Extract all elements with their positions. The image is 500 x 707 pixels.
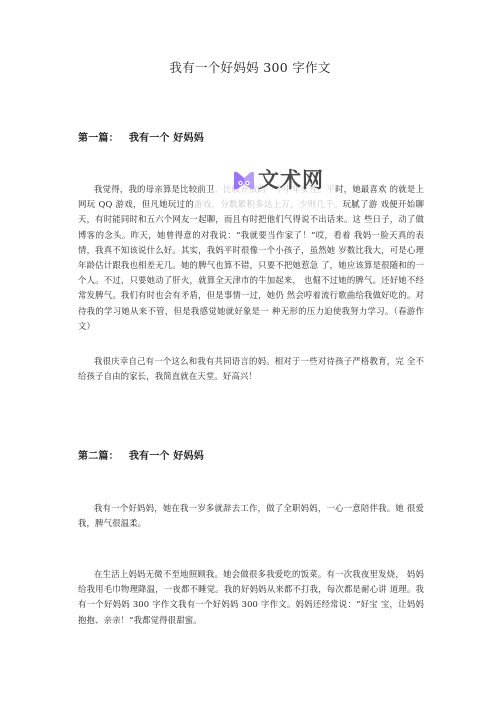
text-segment: 我很庆幸自己有一个这么和我有共同语言的妈。相对于一些对待孩子严格教育，完 全不给… <box>78 356 424 381</box>
text-segment: 在生活上妈妈无微不至地照顾我。她会做很多我爱吃的饭菜。有一次我夜里发烧， 妈妈给… <box>78 569 424 625</box>
section-2-title: 我有一个 好妈妈 <box>129 451 204 462</box>
section-2-paragraph-2: 在生活上妈妈无微不至地照顾我。她会做很多我爱吃的饭菜。有一次我夜里发烧， 妈妈给… <box>78 567 424 628</box>
faded-text-segment: 游戏，分数累积多达上万，少则几千。 <box>194 199 342 209</box>
document-title: 我有一个好妈妈 300 字作文 <box>0 58 500 76</box>
text-segment: 我有一个好妈妈，她在我一岁多就辞去工作，做了全职妈妈，一心一意陪伴我。她 很爱我… <box>78 503 424 528</box>
section-1-heading: 第一篇：我有一个 好妈妈 <box>78 129 204 144</box>
text-segment: 我觉得，我的母亲算是比较前卫 <box>94 184 215 194</box>
section-1-paragraph-1: 我觉得，我的母亲算是比较前卫、比较开放的一个中年女性。平时，她最喜欢 的就是上网… <box>78 182 424 334</box>
watermark: 文术网 <box>232 170 324 190</box>
section-1-paragraph-2: 我很庆幸自己有一个这么和我有共同语言的妈。相对于一些对待孩子严格教育，完 全不给… <box>78 354 424 384</box>
section-2-number: 第二篇： <box>78 451 119 462</box>
section-1-title: 我有一个 好妈妈 <box>129 133 204 144</box>
text-segment: 玩腻了游 戏便开始聊天，有时能同时和五六个网友一起聊，而且有时把他们气得说不出话… <box>78 199 424 331</box>
section-1-number: 第一篇： <box>78 133 119 144</box>
section-2-paragraph-1: 我有一个好妈妈，她在我一岁多就辞去工作，做了全职妈妈，一心一意陪伴我。她 很爱我… <box>78 501 424 531</box>
section-2-heading: 第二篇：我有一个 好妈妈 <box>78 447 204 462</box>
document-page: 我有一个好妈妈 300 字作文 第一篇：我有一个 好妈妈 我觉得，我的母亲算是比… <box>0 0 500 707</box>
purple-m-logo-icon <box>232 170 256 190</box>
watermark-text: 文术网 <box>258 170 324 190</box>
